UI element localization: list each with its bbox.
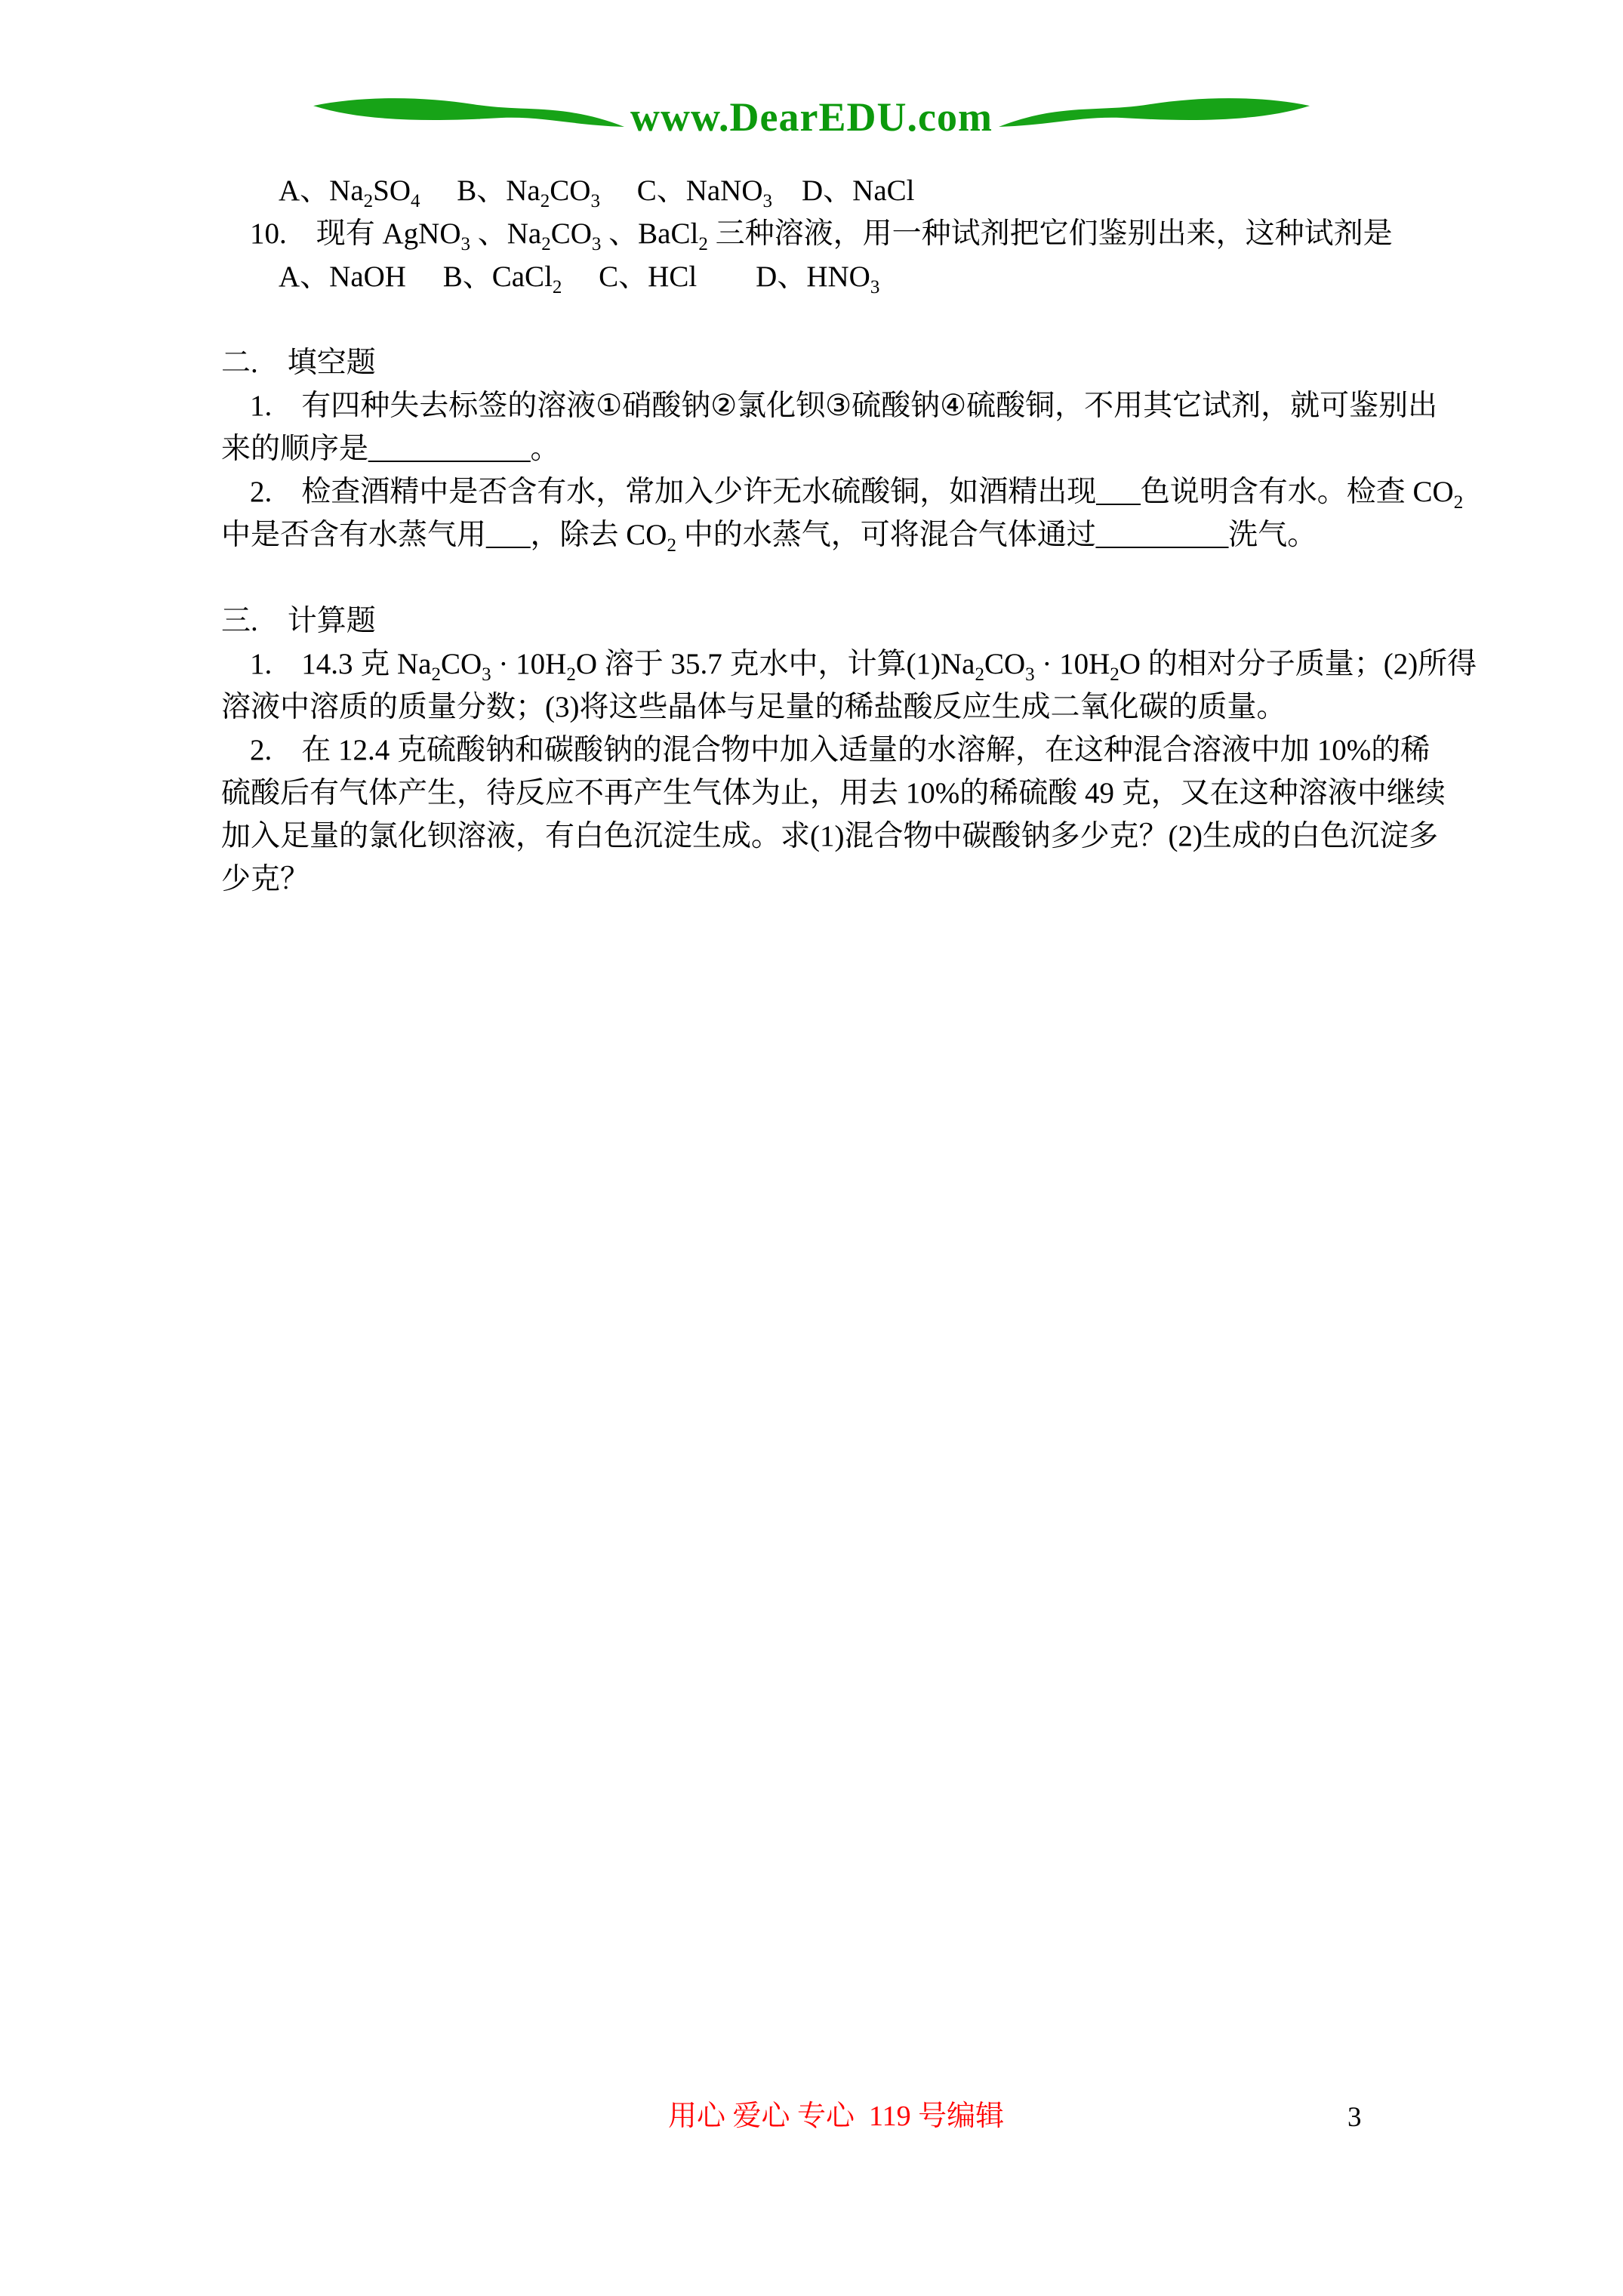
- fill-in-blank: ___: [486, 519, 531, 551]
- page-number: 3: [1347, 2100, 1362, 2136]
- document-body: A、Na2SO4 B、Na2CO3 C、NaNO3 D、NaCl10. 现有 A…: [221, 169, 1414, 901]
- fill-in-q1-line-1: 1. 有四种失去标签的溶液①硝酸钠②氯化钡③硫酸钠④硫酸铜，不用其它试剂，就可鉴…: [221, 384, 1414, 427]
- q9-options-row: A、Na2SO4 B、Na2CO3 C、NaNO3 D、NaCl: [221, 169, 1414, 212]
- logo-swoosh-left-icon: [312, 94, 627, 140]
- logo-swoosh-right-icon: [996, 94, 1311, 140]
- calc-q2-line-1: 2. 在 12.4 克硫酸钠和碳酸钠的混合物中加入适量的水溶解，在这种混合溶液中…: [221, 729, 1414, 772]
- logo-text: www.DearEDU.com: [630, 92, 993, 142]
- spacer: [221, 298, 1414, 341]
- fill-in-q2-line-1: 2. 检查酒精中是否含有水，常加入少许无水硫酸铜，如酒精出现___色说明含有水。…: [221, 470, 1414, 513]
- calc-q2-line-4: 少克？: [221, 858, 1414, 901]
- fill-in-blank: _________: [1096, 519, 1229, 551]
- calc-q2-line-3: 加入足量的氯化钡溶液，有白色沉淀生成。求(1)混合物中碳酸钠多少克？(2)生成的…: [221, 815, 1414, 858]
- calc-q1-line-1: 1. 14.3 克 Na2CO3 · 10H2O 溶于 35.7 克水中，计算(…: [221, 643, 1414, 686]
- spacer: [221, 556, 1414, 599]
- calc-q1-line-2: 溶液中溶质的质量分数；(3)将这些晶体与足量的稀盐酸反应生成二氧化碳的质量。: [221, 686, 1414, 729]
- section-heading-calculation: 三. 计算题: [221, 599, 1414, 643]
- fill-in-q2-line-2: 中是否含有水蒸气用___，除去 CO2 中的水蒸气，可将混合气体通过______…: [221, 513, 1414, 556]
- calc-q2-line-2: 硫酸后有气体产生，待反应不再产生气体为止，用去 10%的稀硫酸 49 克，又在这…: [221, 772, 1414, 815]
- fill-in-blank: ___: [1096, 476, 1141, 508]
- document-page: www.DearEDU.com A、Na2SO4 B、Na2CO3 C、NaNO…: [0, 0, 1623, 2296]
- fill-in-blank: ___________: [368, 433, 531, 465]
- section-heading-fill-in: 二. 填空题: [221, 341, 1414, 384]
- site-logo: www.DearEDU.com: [312, 92, 1311, 142]
- q10-options-row: A、NaOH B、CaCl2 C、HCl D、HNO3: [221, 255, 1414, 298]
- footer-motto: 用心 爱心 专心 119 号编辑: [668, 2098, 1004, 2134]
- fill-in-q1-line-2: 来的顺序是___________。: [221, 427, 1414, 470]
- q10-stem: 10. 现有 AgNO3 、Na2CO3 、BaCl2 三种溶液，用一种试剂把它…: [221, 212, 1414, 255]
